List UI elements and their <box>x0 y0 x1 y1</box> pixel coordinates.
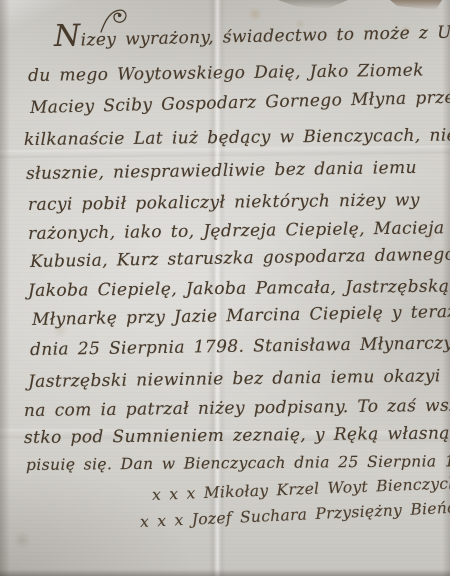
page-edge-shadow <box>0 0 10 576</box>
manuscript-line: pisuię się. Dan w Bienczycach dnia 25 Si… <box>26 452 450 474</box>
page-edge-shadow <box>0 569 450 576</box>
manuscript-photo: Nizey wyrażony, świadectwo to może z Urz… <box>0 0 450 576</box>
